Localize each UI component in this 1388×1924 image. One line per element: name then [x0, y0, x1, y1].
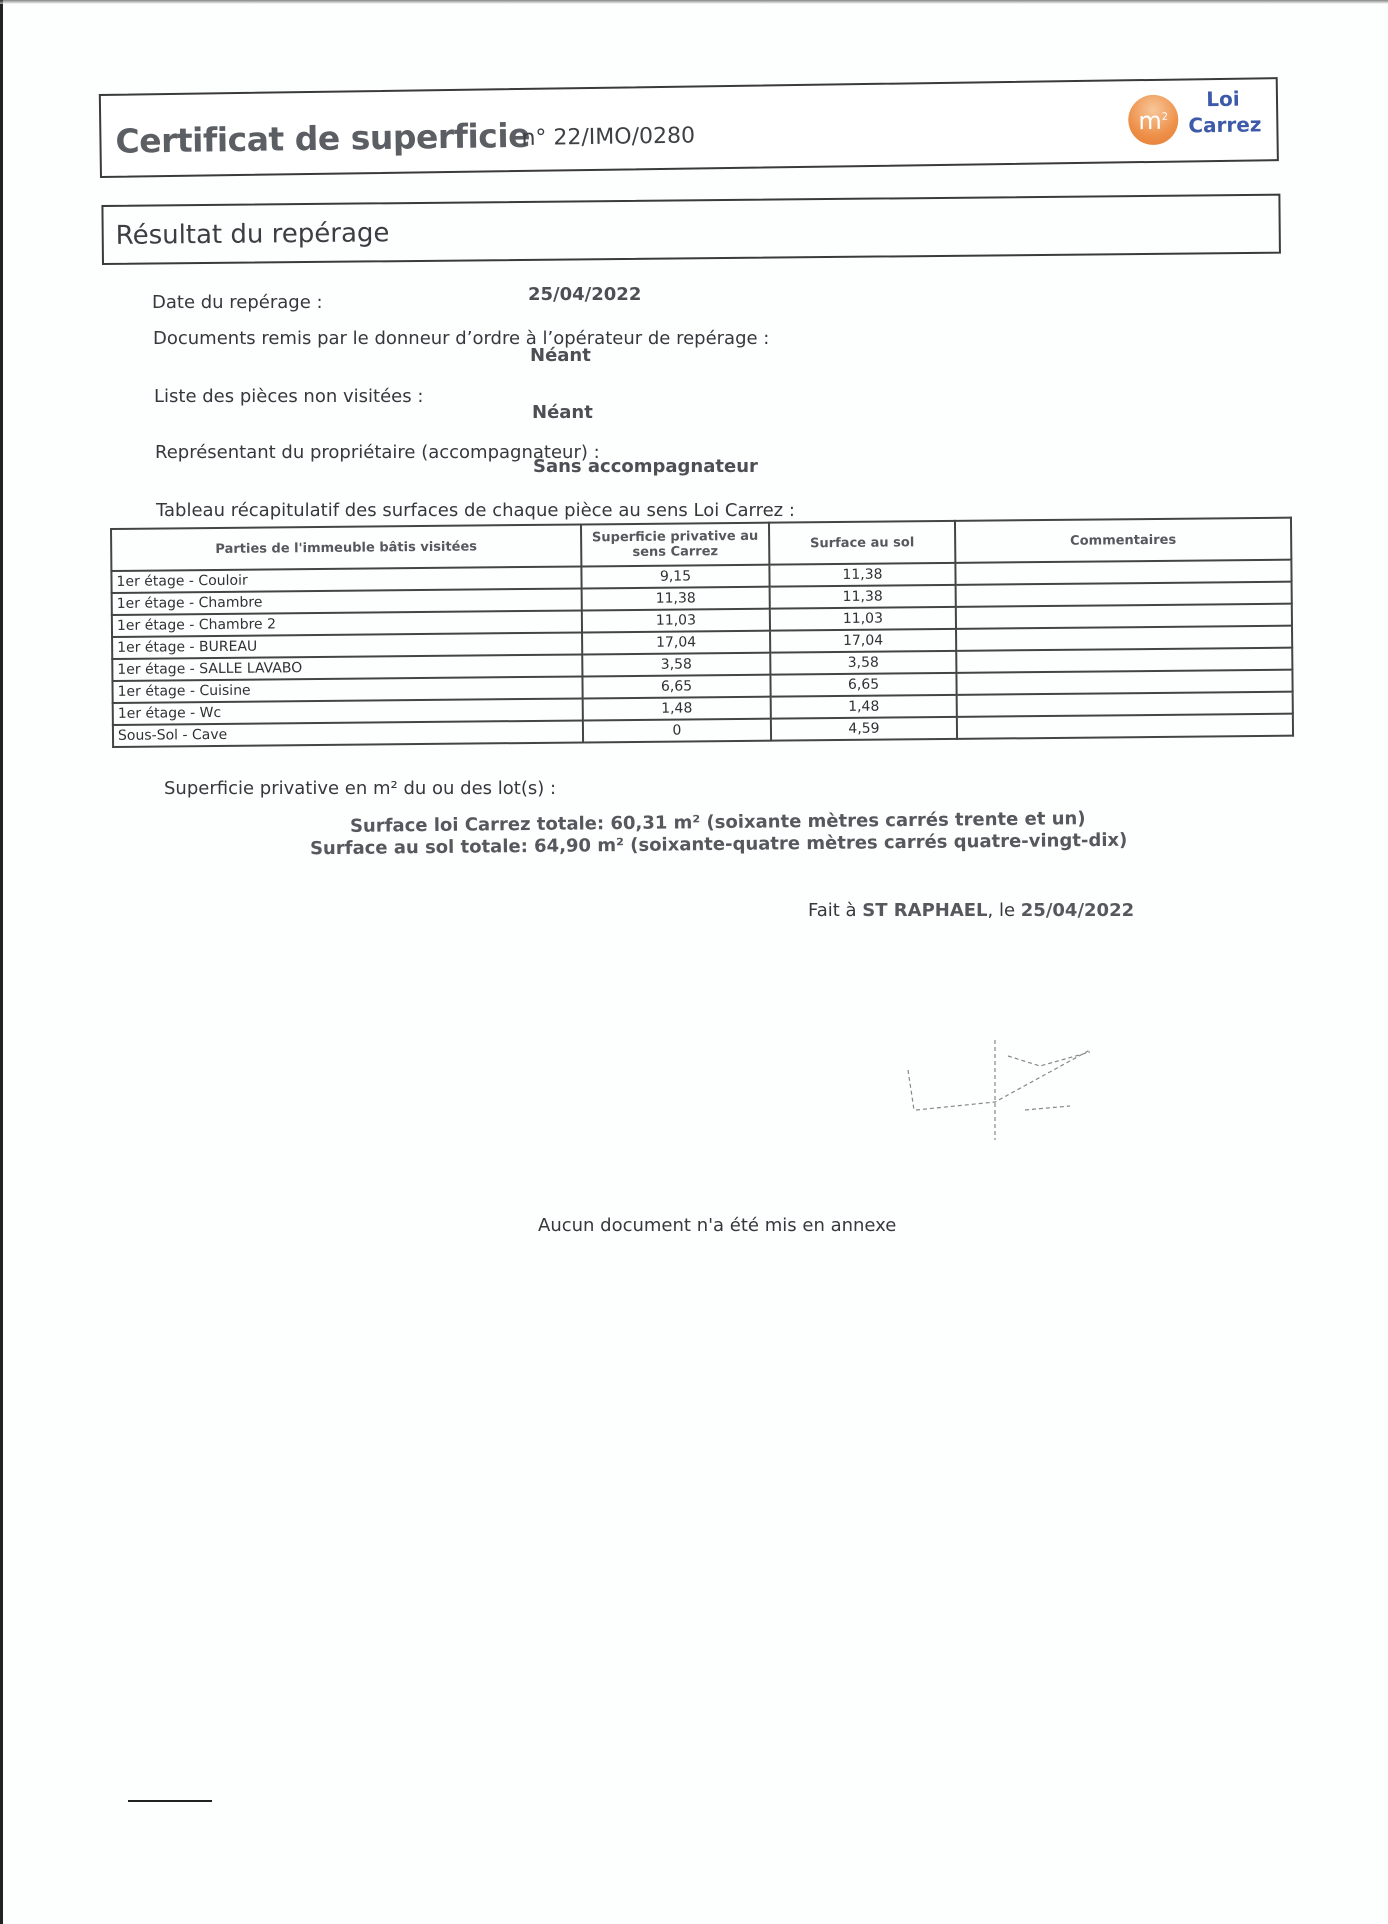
signature-icon [900, 1030, 1100, 1150]
date-value: 25/04/2022 [528, 284, 641, 305]
cell-comment [956, 670, 1292, 695]
date-label: Date du repérage : [152, 292, 323, 313]
cell-comment [956, 626, 1292, 651]
cell-sol: 11,38 [770, 585, 956, 609]
unvisited-value: Néant [532, 402, 593, 423]
cell-comment [957, 714, 1293, 739]
col-header-carrez: Superficie privative au sens Carrez [581, 523, 769, 567]
annex-note: Aucun document n'a été mis en annexe [538, 1215, 896, 1236]
logo-text: Loi Carrez [1188, 85, 1259, 138]
cell-carrez: 1,48 [583, 697, 771, 721]
cell-sol: 11,03 [770, 607, 956, 631]
signed-city: ST RAPHAEL [862, 900, 987, 921]
cell-sol: 17,04 [770, 629, 956, 653]
scan-edge [0, 0, 3, 1924]
cell-carrez: 11,03 [582, 609, 770, 633]
cell-sol: 3,58 [770, 651, 956, 675]
cell-carrez: 17,04 [582, 631, 770, 655]
cell-sol: 11,38 [769, 563, 955, 587]
surfaces-table: Parties de l'immeuble bâtis visitées Sup… [110, 517, 1292, 748]
signed-date: 25/04/2022 [1021, 900, 1134, 921]
scan-mark [128, 1800, 212, 1802]
col-header-comments: Commentaires [955, 518, 1291, 563]
cell-sol: 6,65 [770, 673, 956, 697]
documents-value: Néant [530, 345, 591, 366]
col-header-part: Parties de l'immeuble bâtis visitées [111, 524, 581, 571]
representative-value: Sans accompagnateur [533, 456, 758, 477]
cell-sol: 4,59 [771, 717, 957, 741]
scan-edge-top [0, 0, 1388, 4]
cell-comment [956, 648, 1292, 673]
cell-sol: 1,48 [771, 695, 957, 719]
cell-part: Sous-Sol - Cave [113, 720, 583, 747]
cell-carrez: 0 [583, 719, 771, 743]
cell-carrez: 11,38 [582, 587, 770, 611]
cell-comment [955, 560, 1291, 585]
cell-comment [956, 582, 1292, 607]
section-header: Résultat du repérage [101, 194, 1281, 265]
certificate-header: Certificat de superficie n° 22/IMO/0280 … [99, 77, 1279, 178]
certificate-number: n° 22/IMO/0280 [521, 123, 695, 150]
signed-at: Fait à ST RAPHAEL, le 25/04/2022 [808, 900, 1134, 921]
unvisited-label: Liste des pièces non visitées : [154, 386, 423, 407]
totals-label: Superficie privative en m² du ou des lot… [164, 778, 556, 799]
cell-comment [956, 604, 1292, 629]
table-intro: Tableau récapitulatif des surfaces de ch… [156, 500, 795, 521]
documents-label: Documents remis par le donneur d’ordre à… [153, 328, 769, 349]
cell-carrez: 9,15 [581, 565, 769, 589]
document-title: Certificat de superficie [115, 116, 530, 161]
loi-carrez-logo: m2 Loi Carrez [1128, 85, 1259, 147]
cell-carrez: 3,58 [582, 653, 770, 677]
cell-comment [957, 692, 1293, 717]
m2-icon: m2 [1128, 95, 1179, 146]
col-header-sol: Surface au sol [769, 521, 955, 565]
section-title: Résultat du repérage [116, 218, 390, 251]
cell-carrez: 6,65 [582, 675, 770, 699]
